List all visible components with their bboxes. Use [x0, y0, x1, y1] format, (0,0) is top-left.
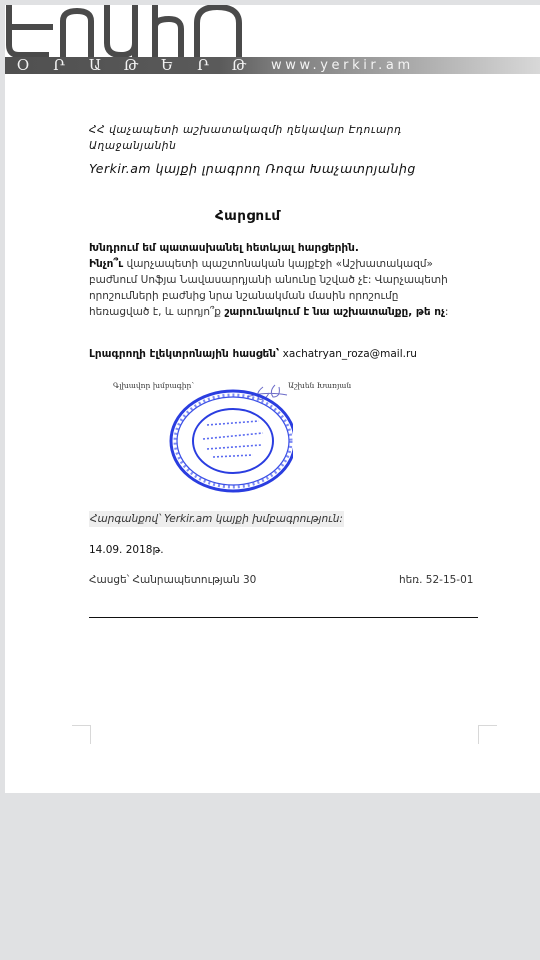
letter-title: Հարցում	[215, 208, 280, 224]
office-phone: հեռ. 52-15-01	[399, 572, 473, 588]
page-margin-corner-left	[72, 725, 91, 744]
banner-letters: Օ Ր Ա Թ Ե Ր Թ	[5, 57, 257, 74]
banner-letter: Թ	[113, 57, 149, 74]
masthead-banner: Օ Ր Ա Թ Ե Ր Թ www.yerkir.am	[5, 57, 540, 74]
banner-letter: Ր	[41, 57, 77, 74]
question-end: :	[445, 306, 449, 318]
site-url[interactable]: www.yerkir.am	[271, 57, 414, 74]
banner-letter: Ա	[77, 57, 113, 74]
footer-rule	[89, 617, 478, 618]
banner-letter: Թ	[221, 57, 257, 74]
addressee: ՀՀ վաչապետի աշխատակազմի ղեկավար Էդուարդ …	[89, 122, 449, 154]
question-bold-end: շարունակում է նա աշխատանքը, թե ոչ	[224, 306, 445, 318]
office-address: Հասցե՝ Հանրապետության 30	[89, 572, 256, 588]
email-label: Լրագրողի էլեկտրոնային հասցեն՝	[89, 348, 279, 360]
official-stamp-icon	[163, 383, 293, 493]
email-address[interactable]: xachatryan_roza@mail.ru	[283, 348, 417, 360]
yerkir-logo-glyphs-icon	[5, 5, 255, 57]
yerkir-logo	[5, 5, 255, 57]
letter-date: 14.09. 2018թ.	[89, 542, 164, 558]
document-page: Օ Ր Ա Թ Ե Ր Թ www.yerkir.am ՀՀ վաչապետի …	[5, 5, 540, 793]
signature-name: Աշխեն Խառյան	[288, 381, 351, 390]
question-intro: Խնդրում եմ պատասխանել հետևյալ հարցերին.	[89, 242, 359, 254]
banner-letter: Ր	[185, 57, 221, 74]
page-margin-corner-right	[478, 725, 497, 744]
question-paragraph: Խնդրում եմ պատասխանել հետևյալ հարցերին. …	[89, 240, 459, 320]
banner-letter: Ե	[149, 57, 185, 74]
sender-line: Yerkir.am կայքի լրագրող Ռոզա Խաչատրյանից	[89, 161, 416, 177]
email-line: Լրագրողի էլեկտրոնային հասցեն՝ xachatryan…	[89, 346, 417, 362]
regards-line: Հարգանքով՝ Yerkir.am կայքի խմբագրություն…	[89, 511, 344, 527]
banner-letter: Օ	[5, 57, 41, 74]
question-lead: Ինչո՞ւ	[89, 258, 123, 270]
